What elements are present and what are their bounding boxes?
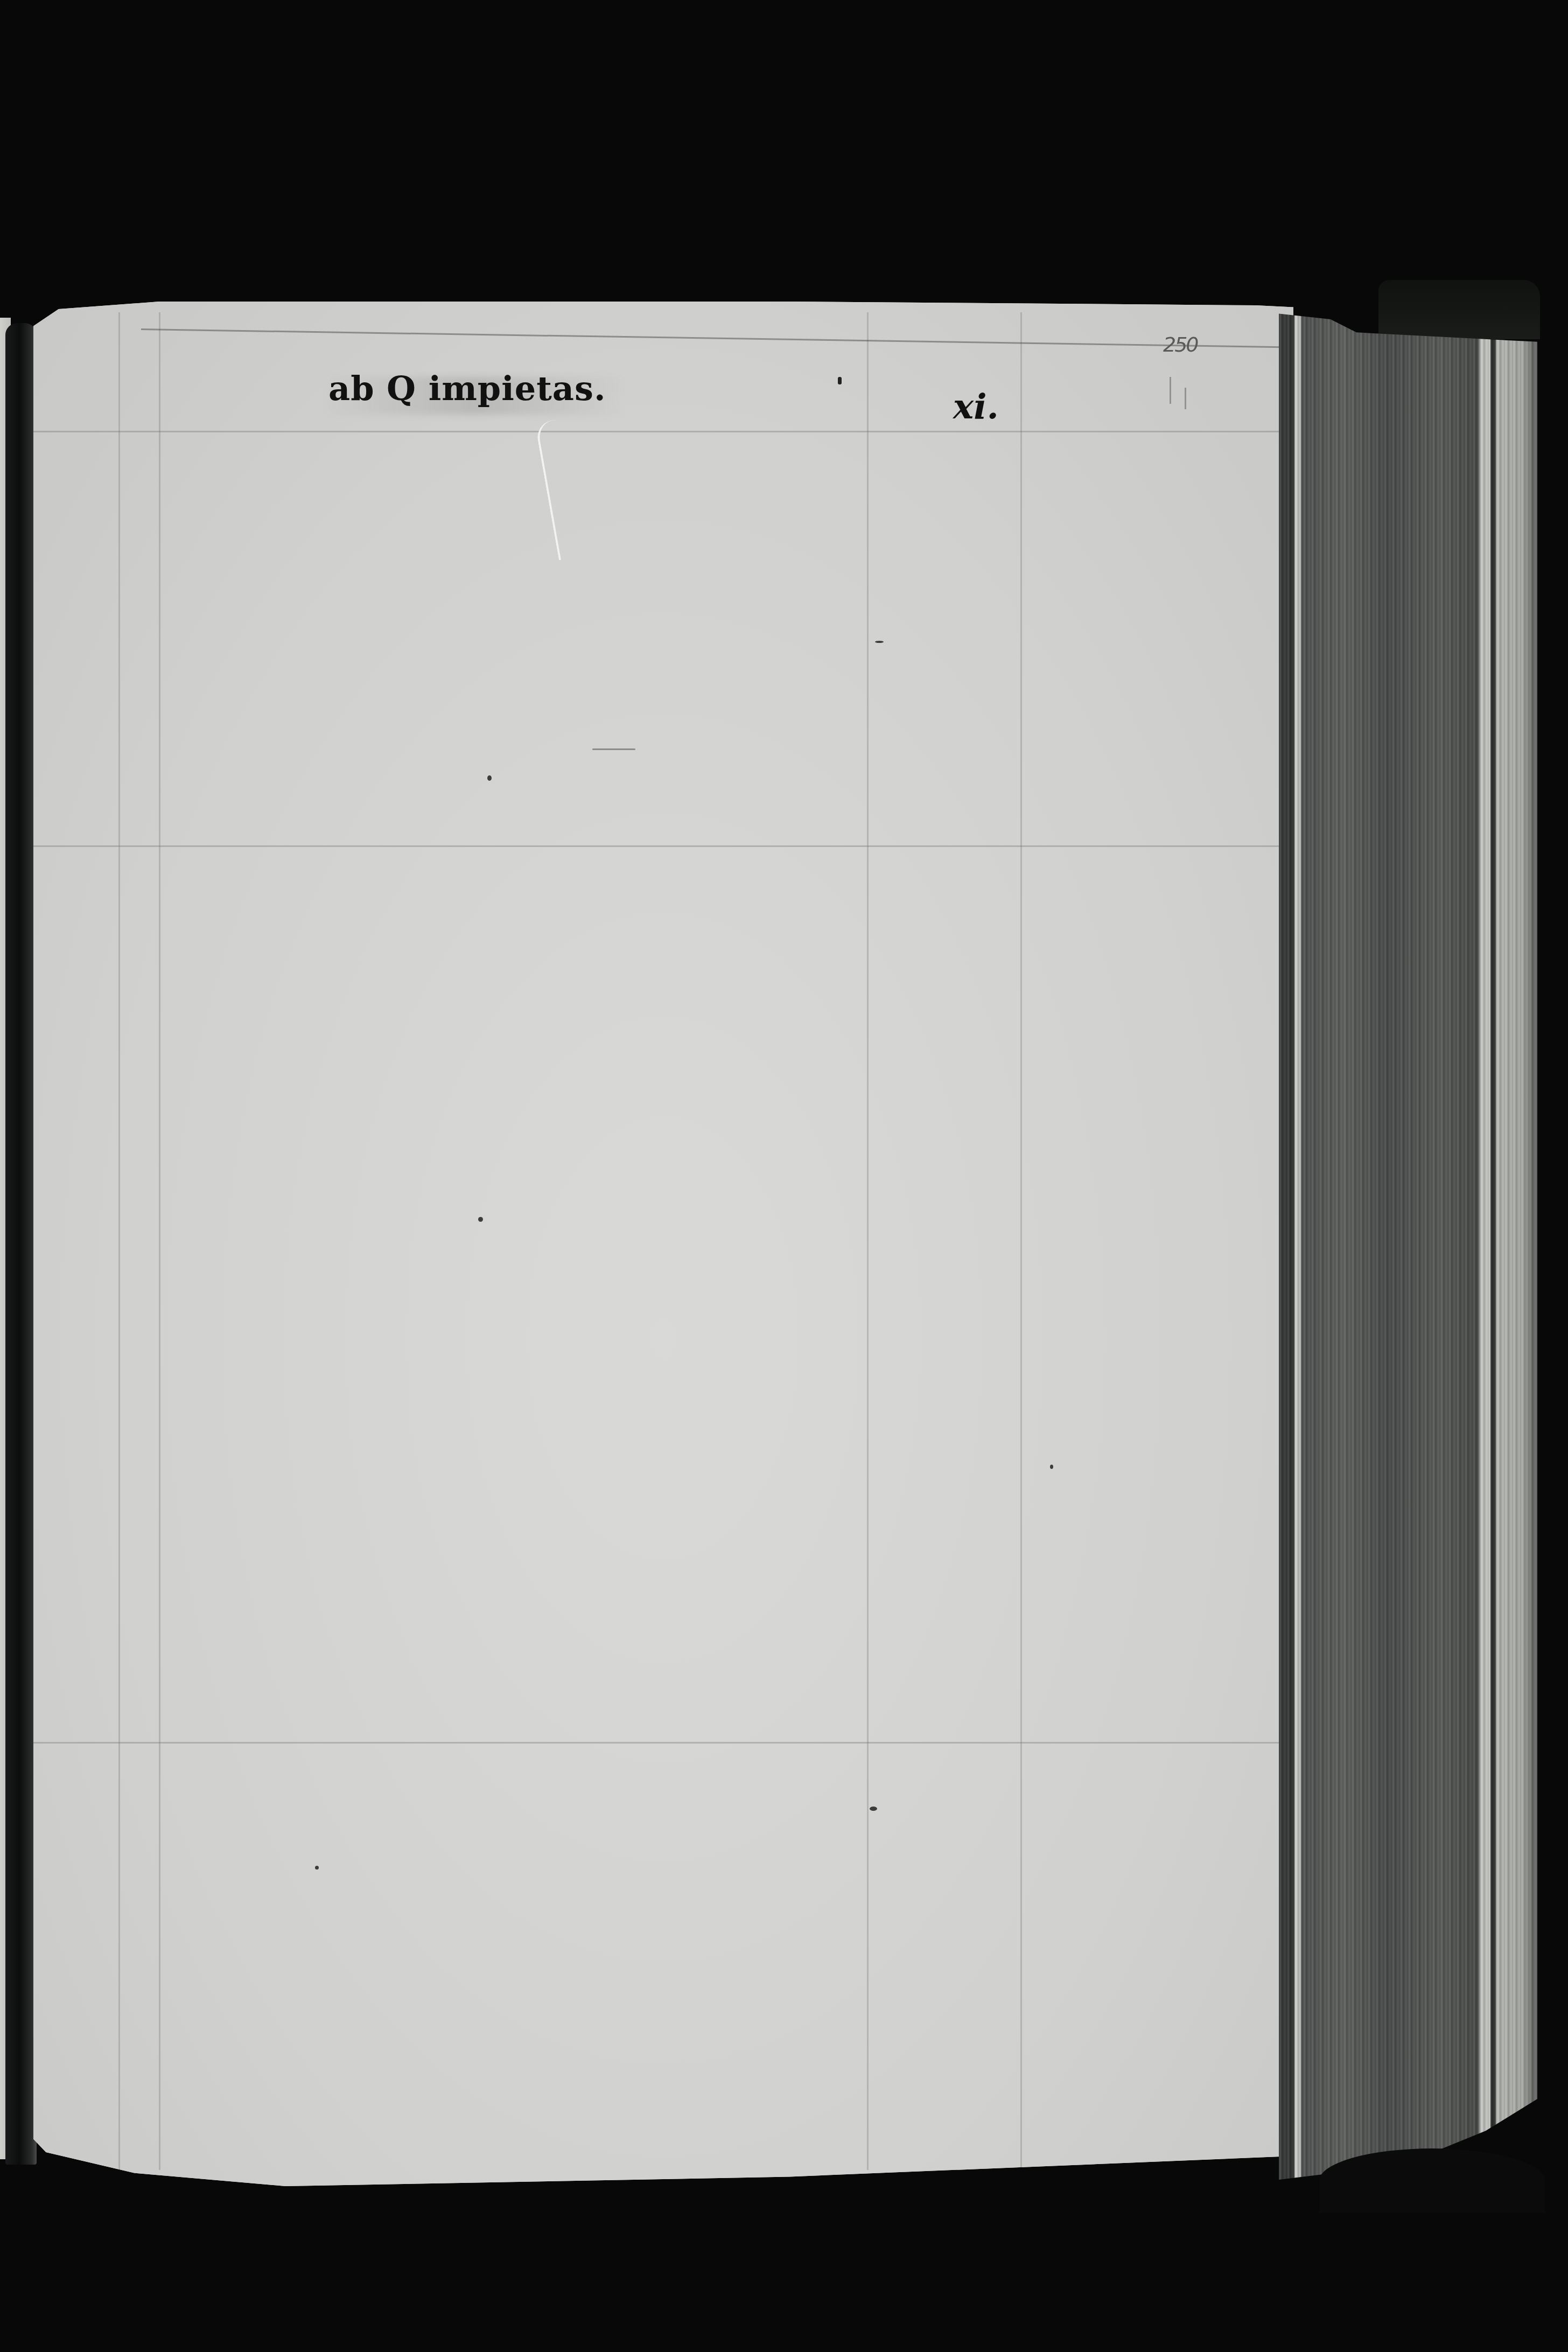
paper-speck bbox=[478, 1217, 483, 1222]
book-cover-edge bbox=[1378, 280, 1540, 339]
book-page bbox=[33, 302, 1293, 2186]
ink-mark bbox=[838, 377, 842, 384]
ruling-line-vertical bbox=[1020, 312, 1022, 2170]
running-title: ab Q impietas. bbox=[328, 369, 606, 408]
pencil-mark bbox=[1185, 388, 1186, 409]
paper-speck bbox=[870, 1807, 877, 1811]
ruling-line-horizontal bbox=[33, 845, 1293, 847]
ruling-line-horizontal bbox=[33, 1742, 1293, 1744]
text-block-fore-edge bbox=[1279, 304, 1537, 2183]
paper-speck bbox=[315, 1866, 319, 1870]
paper-speck bbox=[875, 641, 884, 643]
folio-number: xi. bbox=[953, 387, 999, 427]
pencil-mark bbox=[1170, 377, 1171, 404]
paper-speck bbox=[487, 775, 492, 781]
paper-mark bbox=[592, 748, 635, 750]
cover-shadow bbox=[1319, 2148, 1545, 2213]
ruling-line-vertical bbox=[867, 312, 869, 2170]
pencil-foliation: 250 bbox=[1163, 333, 1198, 356]
top-margin-line bbox=[141, 328, 1283, 348]
paper-speck bbox=[1050, 1465, 1053, 1469]
ruling-line-vertical bbox=[118, 312, 120, 2170]
ruling-line-vertical bbox=[159, 312, 160, 2170]
photograph-scene: ab Q impietas. xi. 250 bbox=[0, 0, 1568, 2352]
ruling-line-horizontal bbox=[33, 431, 1293, 432]
binding-gutter bbox=[5, 323, 37, 2165]
